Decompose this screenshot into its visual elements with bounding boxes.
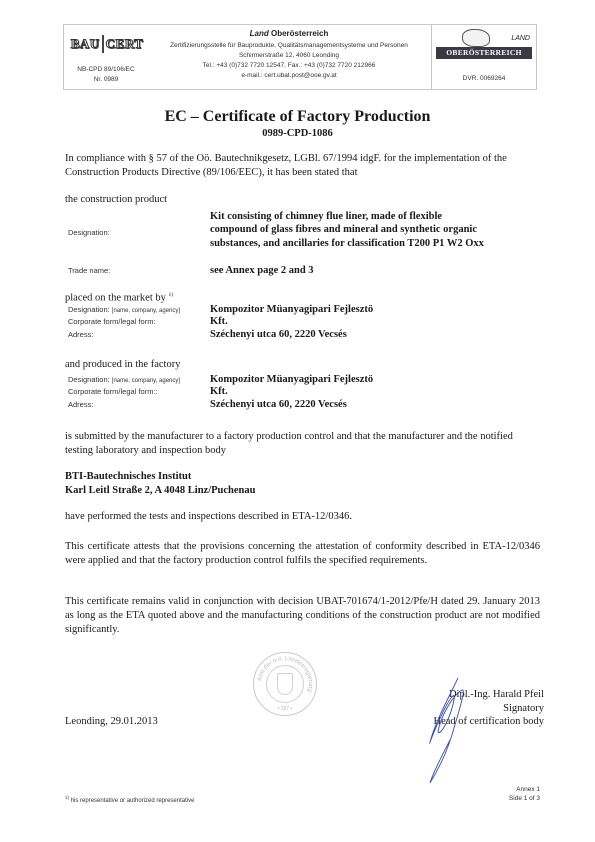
market-designation-label-text: Designation: xyxy=(68,305,110,314)
seal-inner-ring xyxy=(266,665,304,703)
market-designation-hint: [name, company, agency] xyxy=(112,308,180,314)
factory-designation-label: Designation: [name, company, agency] xyxy=(68,375,180,384)
factory-designation-hint: [name, company, agency] xyxy=(112,378,180,384)
institute-address: Karl Leitl Straße 2, A 4048 Linz/Puchena… xyxy=(65,484,540,498)
issuer-line-1: Zertifizierungsstelle für Bauprodukte, Q… xyxy=(147,42,431,49)
footnote-mark: 1) xyxy=(169,292,174,298)
place-date: Leonding, 29.01.2013 xyxy=(65,716,158,727)
factory-corporate-label: Corporate form/legal form:: xyxy=(68,387,158,396)
coat-of-arms-icon xyxy=(277,673,293,695)
issuer-info-box: Land Oberösterreich Zertifizierungsstell… xyxy=(147,24,431,90)
intro-paragraph: In compliance with § 57 of the Oö. Baute… xyxy=(65,152,540,180)
performed-paragraph: have performed the tests and inspections… xyxy=(65,510,540,524)
market-designation-value: Kompozitor Müanyagipari Fejlesztö xyxy=(210,303,373,316)
trade-name-label: Trade name: xyxy=(68,266,110,275)
footnote-text: his representative or authorized represe… xyxy=(71,798,195,804)
footnote: 1) his representative or authorized repr… xyxy=(65,795,194,804)
market-heading-text: placed on the market by xyxy=(65,293,166,304)
factory-designation-label-text: Designation: xyxy=(68,375,110,384)
issuer-address: Schirmerstraße 12, 4060 Leonding xyxy=(147,52,431,59)
logo-text-left: BAU xyxy=(71,36,100,52)
annex-label: Annex 1 xyxy=(500,785,540,794)
baucert-logo-box: BAU CERT NB-CPD 89/106/EC Nr. 0989 xyxy=(63,24,149,90)
page-title: EC – Certificate of Factory Production xyxy=(0,108,595,126)
designation-value: Kit consisting of chimney flue liner, ma… xyxy=(210,210,485,250)
market-corporate-value: Kft. xyxy=(210,315,228,328)
designation-label: Designation: xyxy=(68,228,110,237)
baucert-logo: BAU CERT xyxy=(72,35,142,53)
logo-text-right: CERT xyxy=(106,36,144,52)
dvr-number: DVR. 0069264 xyxy=(432,75,536,82)
nb-cpd-line: NB-CPD 89/106/EC xyxy=(64,65,148,74)
factory-address-value: Széchenyi utca 60, 2220 Vecsés xyxy=(210,398,347,411)
upper-austria-map-icon xyxy=(462,29,490,47)
issuer-title-rest: Oberösterreich xyxy=(269,29,329,38)
attest-paragraph: This certificate attests that the provis… xyxy=(65,540,540,568)
institute-name: BTI-Bautechnisches Institut xyxy=(65,470,540,484)
certificate-number: 0989-CPD-1086 xyxy=(0,128,595,139)
issuer-email: e-mail.: cert.ubat.post@ooe.gv.at xyxy=(147,72,431,79)
issuer-title-italic: Land xyxy=(250,29,269,38)
land-label: LAND xyxy=(511,35,530,42)
market-corporate-label: Corporate form/legal form: xyxy=(68,317,156,326)
factory-heading: and produced in the factory xyxy=(65,358,540,372)
issuer-phone-fax: Tel.: +43 (0)732 7720 12547, Fax.: +43 (… xyxy=(147,62,431,69)
submitted-paragraph: is submitted by the manufacturer to a fa… xyxy=(65,430,515,458)
validity-paragraph: This certificate remains valid in conjun… xyxy=(65,595,540,637)
oberoesterreich-band: OBERÖSTERREICH xyxy=(436,47,532,59)
annex-page: Side 1 of 3 xyxy=(500,794,540,803)
official-seal: Amt der o.ö. Landesregierung • 327 • xyxy=(253,652,317,716)
issuer-title: Land Oberösterreich xyxy=(147,29,431,38)
product-heading: the construction product xyxy=(65,193,540,207)
factory-designation-value: Kompozitor Müanyagipari Fejlesztö xyxy=(210,373,373,386)
factory-corporate-value: Kft. xyxy=(210,385,228,398)
factory-address-label: Adress: xyxy=(68,400,93,409)
land-ooe-logo-box: LAND OBERÖSTERREICH DVR. 0069264 xyxy=(431,24,537,90)
trade-name-value: see Annex page 2 and 3 xyxy=(210,264,314,277)
handwritten-signature xyxy=(410,670,490,790)
svg-text:• 327 •: • 327 • xyxy=(278,706,293,712)
nr-line: Nr. 0989 xyxy=(64,75,148,84)
footnote-mark-bottom: 1) xyxy=(65,795,69,800)
market-designation-label: Designation: [name, company, agency] xyxy=(68,305,180,314)
market-address-value: Széchenyi utca 60, 2220 Vecsés xyxy=(210,328,347,341)
crest-icon xyxy=(102,35,104,53)
annex-info: Annex 1 Side 1 of 3 xyxy=(500,785,540,803)
market-address-label: Adress: xyxy=(68,330,93,339)
